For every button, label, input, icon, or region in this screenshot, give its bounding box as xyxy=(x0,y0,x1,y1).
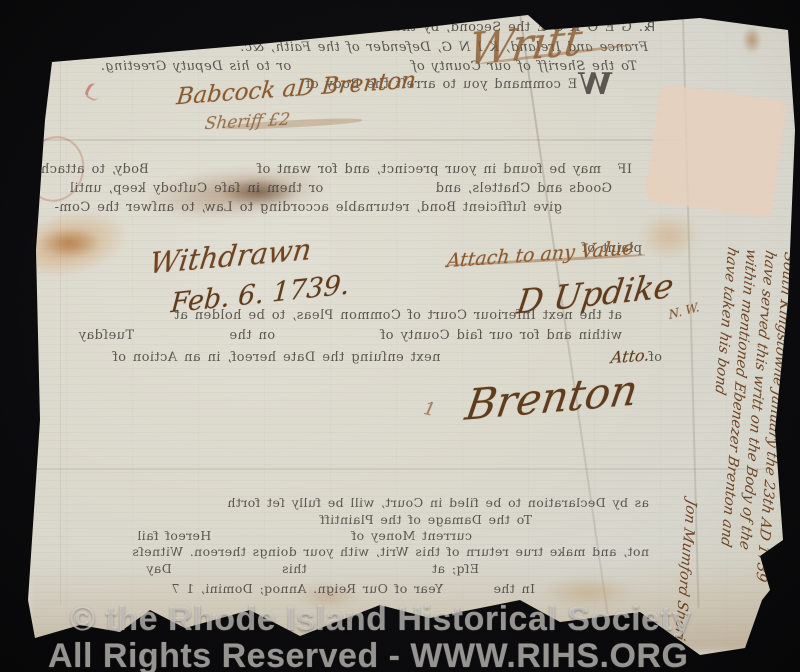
printed-text: of xyxy=(649,350,662,365)
printed-line: ofnext enſuing the Date hereof, in an Ac… xyxy=(113,350,662,365)
printed-line: Eſq; atthisDay xyxy=(146,561,479,576)
printed-text: within and for our ſaid County of xyxy=(380,328,622,343)
printed-line: Goods and Chattels, andor them in ſafe C… xyxy=(69,181,612,196)
printed-text: Hereof fail xyxy=(137,528,211,543)
printed-text: France and Ireland, K I N G, Defender of… xyxy=(240,40,648,55)
printed-text: next enſuing the Date hereof, in an Acti… xyxy=(113,350,441,365)
printed-text: give ſufficient Bond, returnable accordi… xyxy=(54,200,562,215)
printed-line: In theYear of Our Reign. Annoq; Domini, … xyxy=(171,581,535,596)
printed-line: current Money ofHereof fail xyxy=(137,528,472,543)
printed-line: IFmay be found in your precinct, and for… xyxy=(41,162,632,177)
attorney-abbrev-script: Atto. xyxy=(610,345,651,367)
watermark-line-2: All Rights Reserved - WWW.RIHS.ORG xyxy=(48,637,688,672)
printed-text: In the xyxy=(493,581,535,596)
printed-text: Eſq; at xyxy=(432,561,479,576)
printed-text: current Money of xyxy=(351,528,472,543)
printed-text: or to his Deputy Greeting. xyxy=(100,59,291,74)
printed-text: may be found in your precinct, and for w… xyxy=(257,162,601,177)
printed-text: or them in ſafe Cuſtody keep, until xyxy=(69,181,323,196)
printed-text: on the xyxy=(229,328,275,343)
endorsement-title-script: Writt xyxy=(466,14,586,76)
document-paper: ℞. G E O R G E the Second, by the Grace … xyxy=(0,0,800,672)
printed-line: not, and make true return of this Writ, … xyxy=(132,544,649,559)
printed-text: not, and make true return of this Writ, … xyxy=(132,544,649,559)
printed-text: Great Britain xyxy=(135,20,229,35)
printed-text: To the Damage of the Plaintiff xyxy=(320,512,532,527)
watermark-line-1: © the Rhode Island Historical Society xyxy=(70,600,692,639)
printed-line: within and for our ſaid County ofon theT… xyxy=(78,328,622,343)
photo-stage: ℞. G E O R G E the Second, by the Grace … xyxy=(0,0,800,672)
printed-text: Day xyxy=(146,561,172,576)
printed-line: To the Damage of the Plaintiff xyxy=(320,512,532,527)
printed-text: this xyxy=(282,561,307,576)
printed-text: Tueſday xyxy=(78,328,134,343)
printed-line: give ſufficient Bond, returnable accordi… xyxy=(54,200,562,215)
printed-text: Year of Our Reign. Annoq; Domini, 1 7 xyxy=(171,581,443,596)
printed-line: France and Ireland, K I N G, Defender of… xyxy=(240,40,648,55)
printed-text: Body, to attach xyxy=(41,162,149,177)
printed-text: IF xyxy=(617,162,632,177)
printed-text: as by Declaration to be filed in Court, … xyxy=(227,495,649,510)
printed-text: Goods and Chattels, and xyxy=(435,181,612,196)
drop-cap-w: W xyxy=(577,67,612,102)
printed-text: ℞. G E O R G E the Second, by the Grace … xyxy=(263,20,655,35)
printed-line: as by Declaration to be filed in Court, … xyxy=(227,495,649,510)
